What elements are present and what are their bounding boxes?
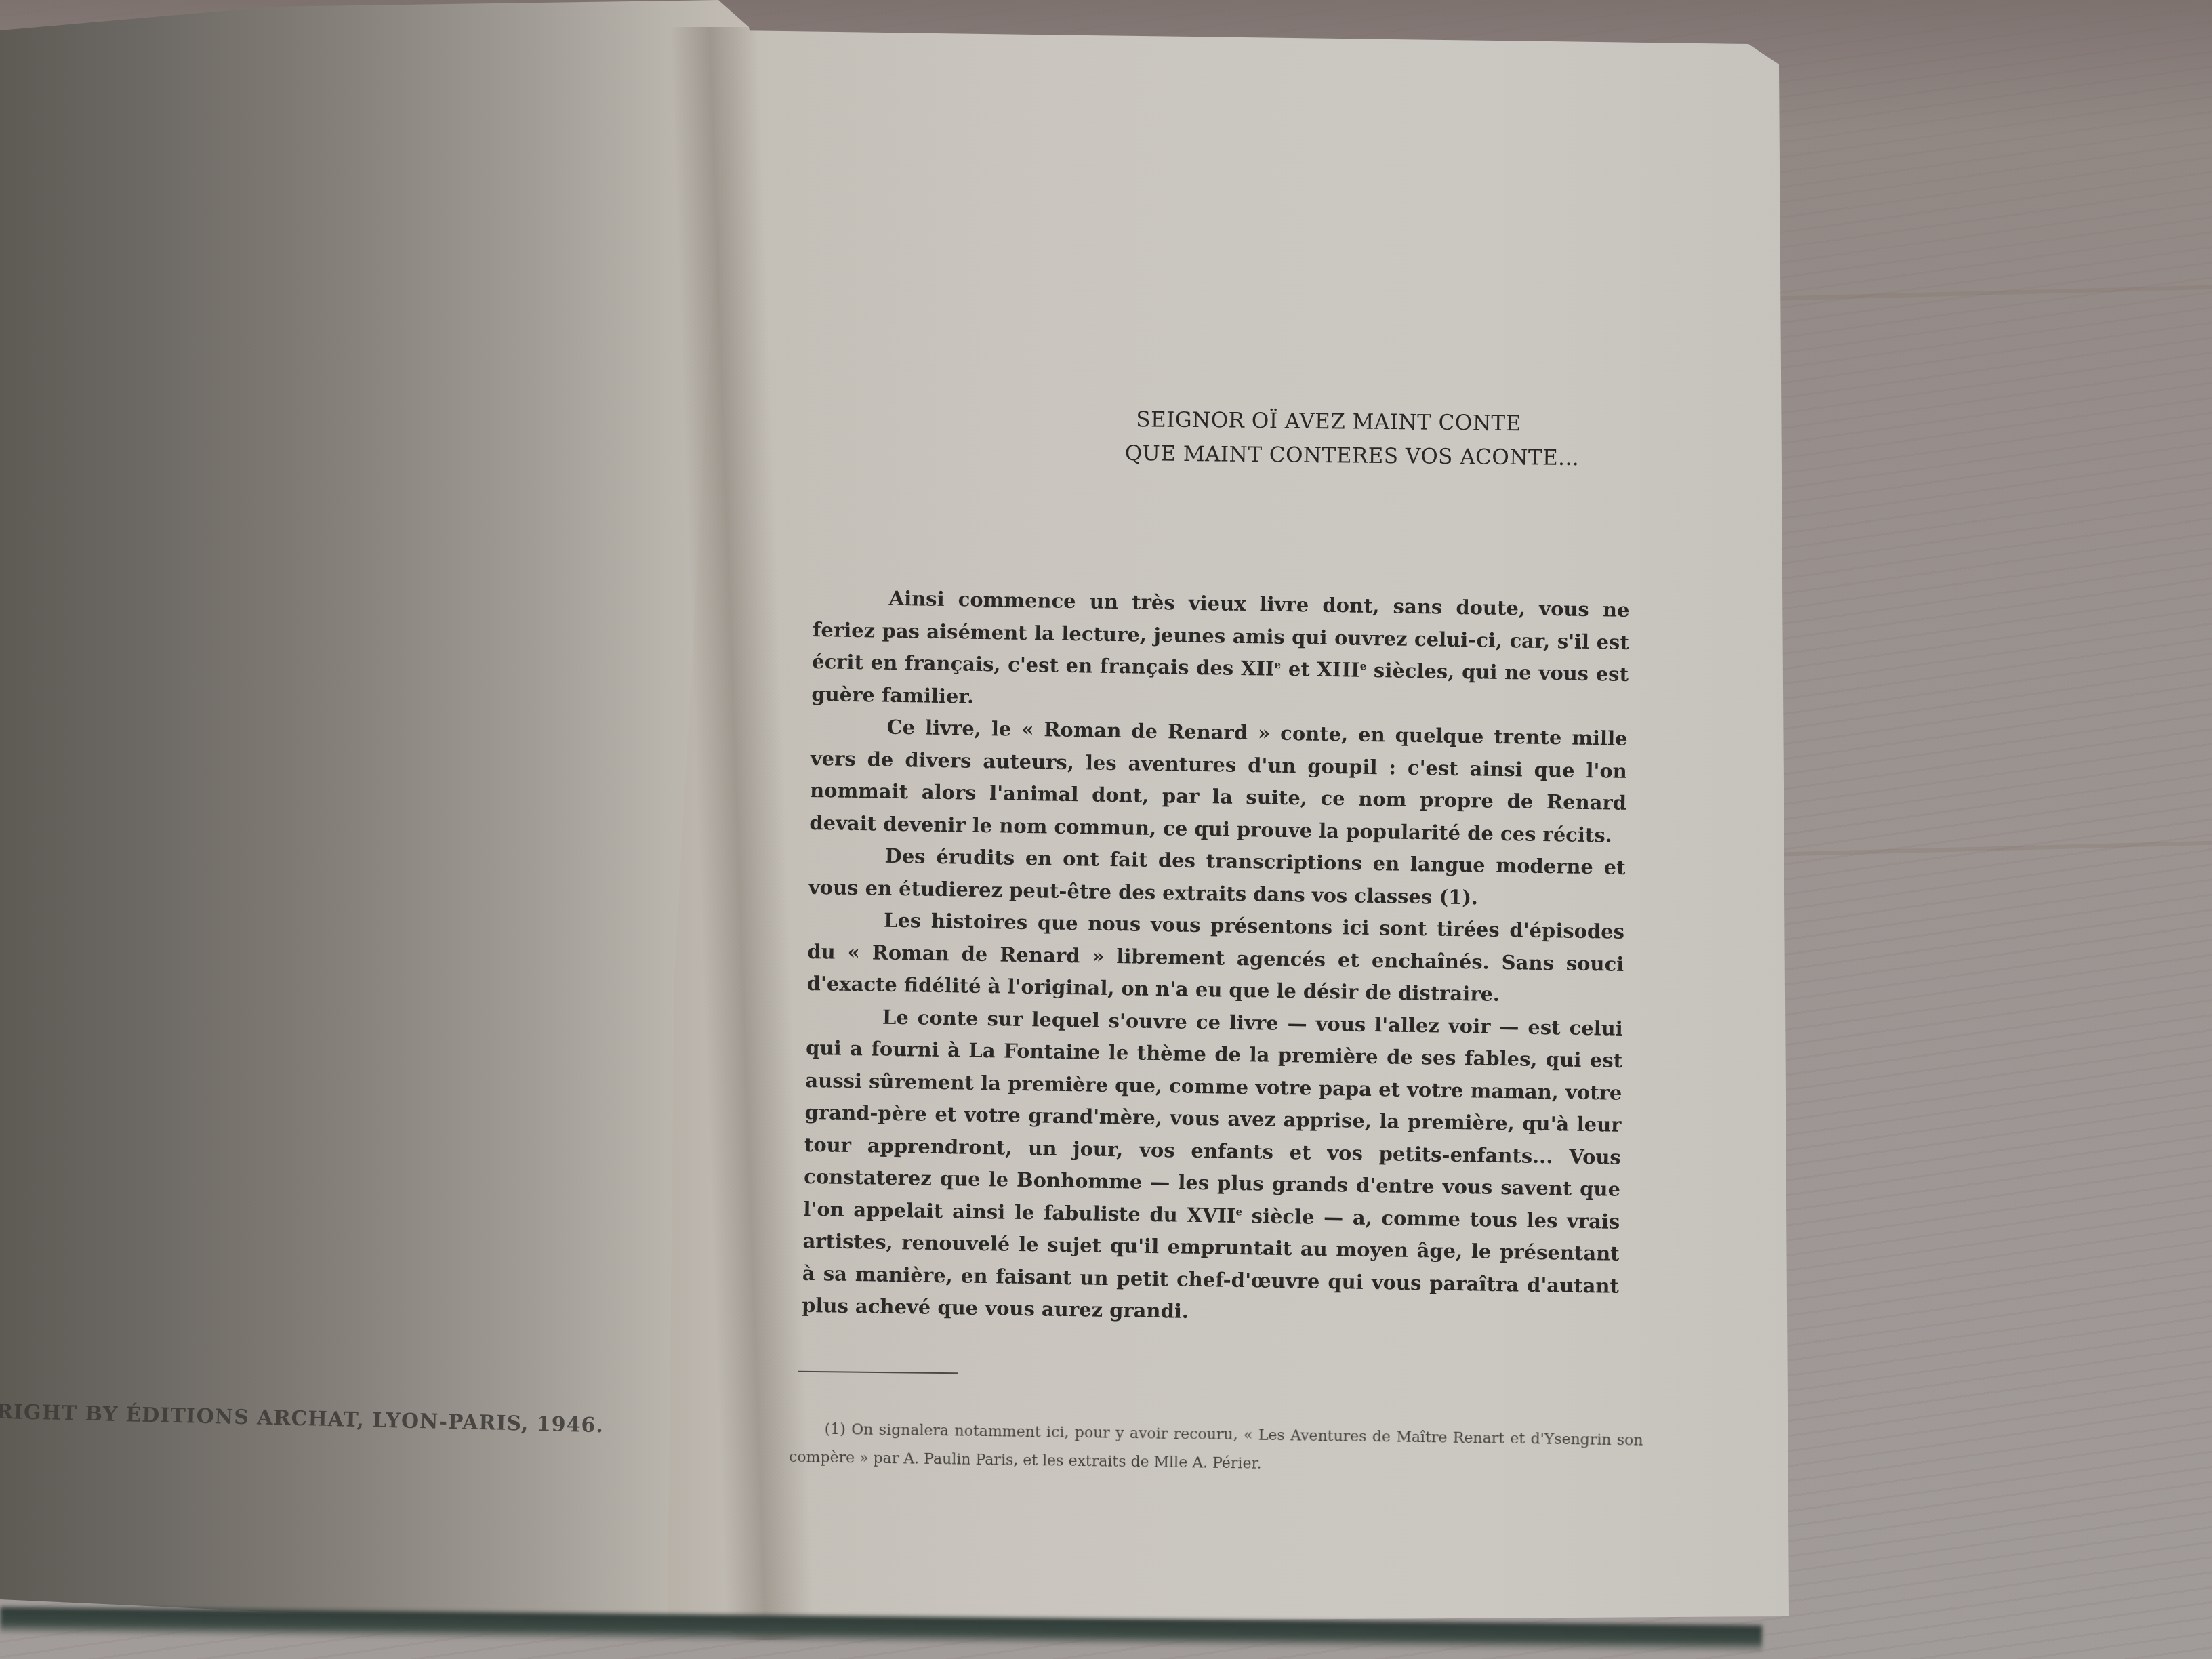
paragraph: Ce livre, le « Roman de Renard » conte, …: [809, 710, 1628, 852]
copyright-line: RIGHT BY ÉDITIONS ARCHAT, LYON-PARIS, 19…: [0, 1400, 604, 1437]
epigraph-line: SEIGNOR OÏ AVEZ MAINT CONTE: [1125, 403, 1640, 442]
body-text: Ainsi commence un très vieux livre dont,…: [802, 581, 1630, 1334]
epigraph: SEIGNOR OÏ AVEZ MAINT CONTE QUE MAINT CO…: [1124, 403, 1640, 476]
paragraph: Les histoires que nous vous présentons i…: [806, 903, 1624, 1012]
paragraph: Des érudits en ont fait des transcriptio…: [808, 839, 1626, 916]
footnote: (1) On signalera notamment ici, pour y a…: [789, 1415, 1643, 1484]
epigraph-line: QUE MAINT CONTERES VOS ACONTE...: [1124, 436, 1639, 476]
paragraph: Ainsi commence un très vieux livre dont,…: [811, 581, 1630, 723]
left-page: RIGHT BY ÉDITIONS ARCHAT, LYON-PARIS, 19…: [0, 0, 759, 1640]
paragraph: Le conte sur lequel s'ouvre ce livre — v…: [802, 1000, 1623, 1334]
